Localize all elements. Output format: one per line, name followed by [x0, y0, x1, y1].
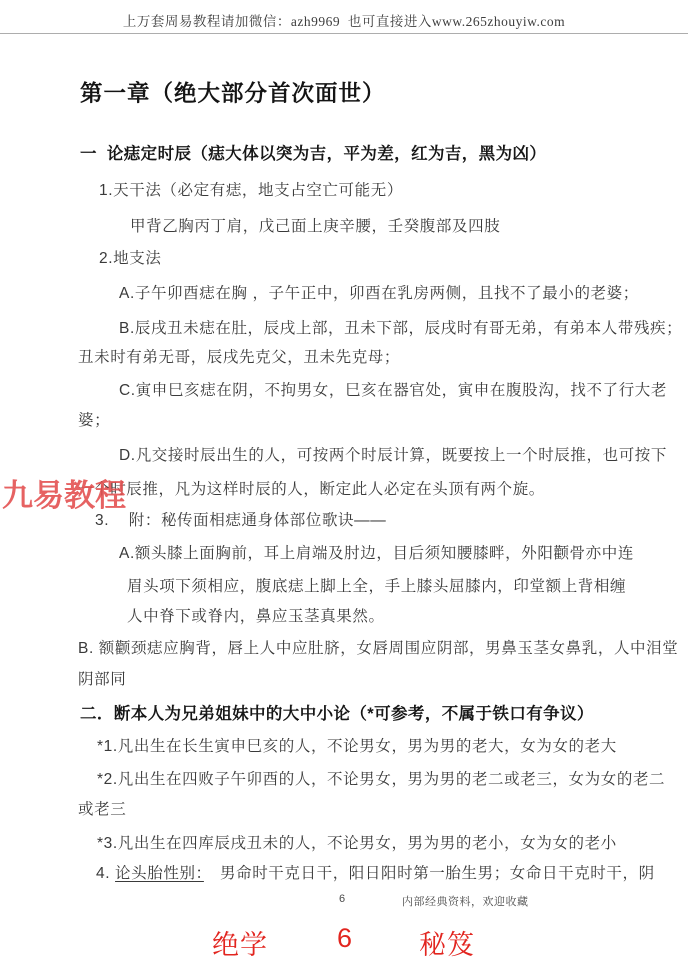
text-line-chouwei: 丑未时有弟无哥，辰戌先克父，丑未先克母； — [78, 345, 400, 367]
fetus-line-prefix: 4. — [96, 865, 115, 882]
text-line-jiabei: 甲背乙胸丙丁肩，戊己面上庚辛腰，壬癸腹部及四肢 — [130, 214, 500, 236]
watermark-jiuyi-jiaocheng: 九易教程 — [2, 470, 126, 515]
text-line-b-chenxu: B.辰戌丑未痣在肚，辰戌上部，丑未下部，辰戌时有哥无弟，有弟本人带残疾； — [119, 316, 682, 338]
section-two-heading: 二．断本人为兄弟姐妹中的大中小论（*可参考，不属于铁口有争议） — [80, 700, 594, 724]
text-line-huolaosan: 或老三 — [78, 797, 126, 819]
text-line-a-ziwu: A.子午卯酉痣在胸 ，子午正中，卯酉在乳房两侧，且找不了最小的老婆； — [119, 281, 639, 303]
page-number: 6 — [339, 893, 345, 905]
text-line-star3: *3.凡出生在四库辰戌丑未的人，不论男女，男为男的老小，女为女的老小 — [97, 831, 617, 853]
text-line-head-fetus: 4. 论头胎性别： 男命时干克日干，阳日阳时第一胎生男；女命日干克时干，阴 — [96, 861, 655, 883]
document-page: 上万套周易教程请加微信：azh9969 也可直接进入www.265zhouyiw… — [0, 0, 688, 972]
text-line-tiangan: 1.天干法（必定有痣，地支占空亡可能无） — [99, 178, 403, 200]
text-line-star2: *2.凡出生在四败子午卯酉的人，不论男女，男为男的老二或老三，女为女的老二 — [97, 767, 665, 789]
chapter-title: 第一章（绝大部分首次面世） — [80, 76, 386, 108]
fetus-line-rest: 男命时干克日干，阳日阳时第一胎生男；女命日干克时干，阴 — [204, 865, 655, 882]
text-line-dizhi: 2.地支法 — [99, 246, 161, 268]
text-line-d-jiaojie: D.凡交接时辰出生的人，可按两个时辰计算，既要按上一个时辰推，也可按下 — [119, 443, 667, 465]
banner-miji: 秘笈 — [419, 923, 475, 962]
text-line-c-yinshen: C.寅申巳亥痣在阴，不拘男女，巳亥在器官处，寅申在腹股沟，找不了行大老 — [119, 378, 667, 400]
footer-note: 内部经典资料，欢迎收藏 — [402, 893, 529, 909]
text-line-fu-gejue: 3. 附：秘传面相痣通身体部位歌诀—— — [95, 508, 386, 530]
fetus-line-underlined: 论头胎性别： — [115, 865, 204, 882]
header-contact-line: 上万套周易教程请加微信：azh9969 也可直接进入www.265zhouyiw… — [0, 10, 688, 30]
banner-number: 6 — [337, 923, 353, 954]
text-line-b-equan: B. 额颧颈痣应胸背，唇上人中应肚脐，女唇周围应阴部，男鼻玉茎女鼻乳，人中泪堂 — [78, 636, 678, 658]
text-line-chentui: 一个时辰推，凡为这样时辰的人，断定此人必定在头顶有两个旋。 — [78, 477, 545, 499]
text-line-meitou: 眉头项下须相应，腹底痣上脚上全，手上膝头屈膝内，印堂额上背相缠 — [127, 574, 626, 596]
banner-juexue: 绝学 — [212, 923, 268, 962]
section-one-heading: 一 论痣定时辰（痣大体以突为吉，平为差，红为吉，黑为凶） — [80, 140, 546, 164]
header-divider — [0, 33, 688, 34]
text-line-po: 婆； — [78, 408, 110, 430]
text-line-a-etou: A.额头膝上面胸前，耳上肩端及肘边，目后须知腰膝畔，外阳颧骨亦中连 — [119, 541, 634, 563]
text-line-star1: *1.凡出生在长生寅申巳亥的人，不论男女，男为男的老大，女为女的老大 — [97, 734, 617, 756]
text-line-renzhong: 人中脊下或脊内，鼻应玉茎真果然。 — [127, 604, 385, 626]
text-line-yinbutong: 阴部同 — [78, 667, 126, 689]
